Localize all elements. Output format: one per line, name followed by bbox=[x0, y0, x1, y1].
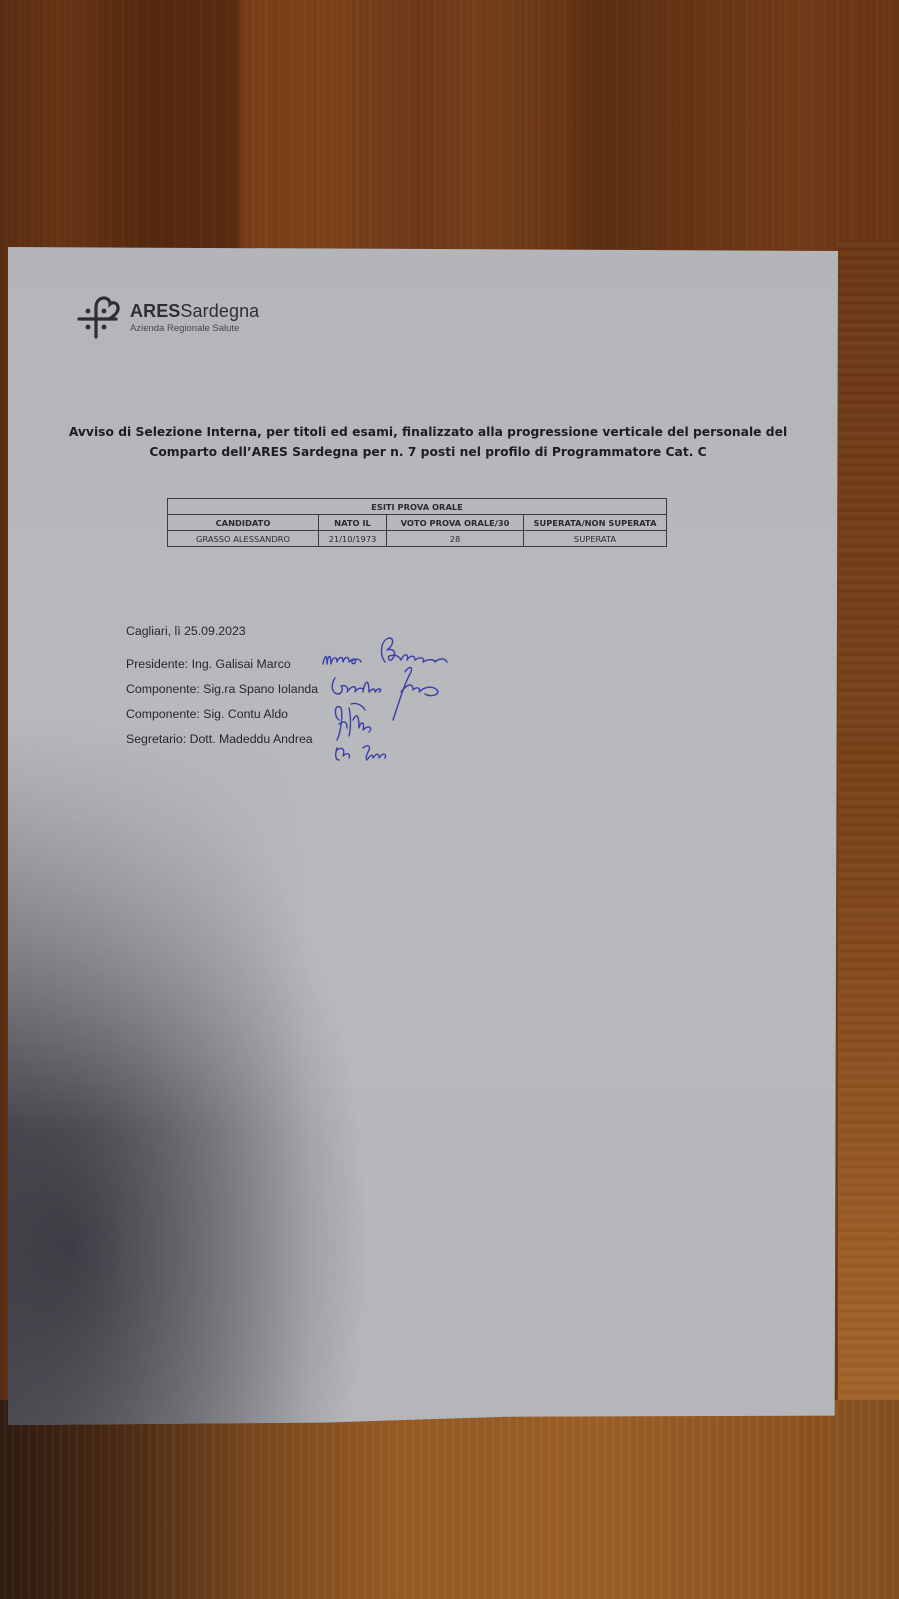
handwritten-signatures bbox=[313, 632, 503, 772]
logo-subtitle: Azienda Regionale Salute bbox=[130, 324, 259, 334]
signature-member-1 bbox=[332, 678, 380, 694]
results-table: ESITI PROVA ORALE CANDIDATO NATO IL VOTO… bbox=[167, 498, 667, 547]
table-surface-right bbox=[838, 240, 899, 1420]
cell-nato-il: 21/10/1973 bbox=[319, 531, 387, 547]
column-header-candidato: CANDIDATO bbox=[168, 515, 319, 531]
paper-sheet: ARESSardegna Azienda Regionale Salute Av… bbox=[8, 247, 838, 1425]
ares-sardegna-cross-heart-icon bbox=[76, 295, 122, 341]
column-header-esito: SUPERATA/NON SUPERATA bbox=[524, 515, 667, 531]
column-header-nato-il: NATO IL bbox=[319, 515, 387, 531]
commission-secretary: Segretario: Dott. Madeddu Andrea bbox=[126, 727, 318, 752]
signature-president bbox=[323, 657, 361, 665]
logo-name-bold: ARES bbox=[130, 301, 180, 321]
logo-name-regular: Sardegna bbox=[180, 301, 259, 321]
document-title: Avviso di Selezione Interna, per titoli … bbox=[48, 422, 808, 462]
signature-block: Cagliari, lì 25.09.2023 Presidente: Ing.… bbox=[126, 619, 318, 752]
table-header-row: CANDIDATO NATO IL VOTO PROVA ORALE/30 SU… bbox=[168, 515, 667, 531]
commission-member-1: Componente: Sig.ra Spano Iolanda bbox=[126, 677, 318, 702]
commission-member-2: Componente: Sig. Contu Aldo bbox=[126, 702, 318, 727]
document-title-line-1: Avviso di Selezione Interna, per titoli … bbox=[48, 422, 808, 442]
table-caption: ESITI PROVA ORALE bbox=[168, 499, 667, 515]
ares-sardegna-logo: ARESSardegna Azienda Regionale Salute bbox=[76, 295, 259, 341]
place-date: Cagliari, lì 25.09.2023 bbox=[126, 619, 318, 644]
column-header-voto: VOTO PROVA ORALE/30 bbox=[387, 515, 524, 531]
table-surface-bottom bbox=[0, 1400, 899, 1599]
commission-president: Presidente: Ing. Galisai Marco bbox=[126, 652, 318, 677]
signature-secretary bbox=[336, 746, 386, 760]
table-row: GRASSO ALESSANDRO 21/10/1973 28 SUPERATA bbox=[168, 531, 667, 547]
cell-esito: SUPERATA bbox=[524, 531, 667, 547]
document-title-line-2: Comparto dell’ARES Sardegna per n. 7 pos… bbox=[48, 442, 808, 462]
cell-voto: 28 bbox=[387, 531, 524, 547]
signature-member-2 bbox=[335, 703, 370, 740]
logo-name: ARESSardegna bbox=[130, 302, 259, 320]
cell-candidato: GRASSO ALESSANDRO bbox=[168, 531, 319, 547]
